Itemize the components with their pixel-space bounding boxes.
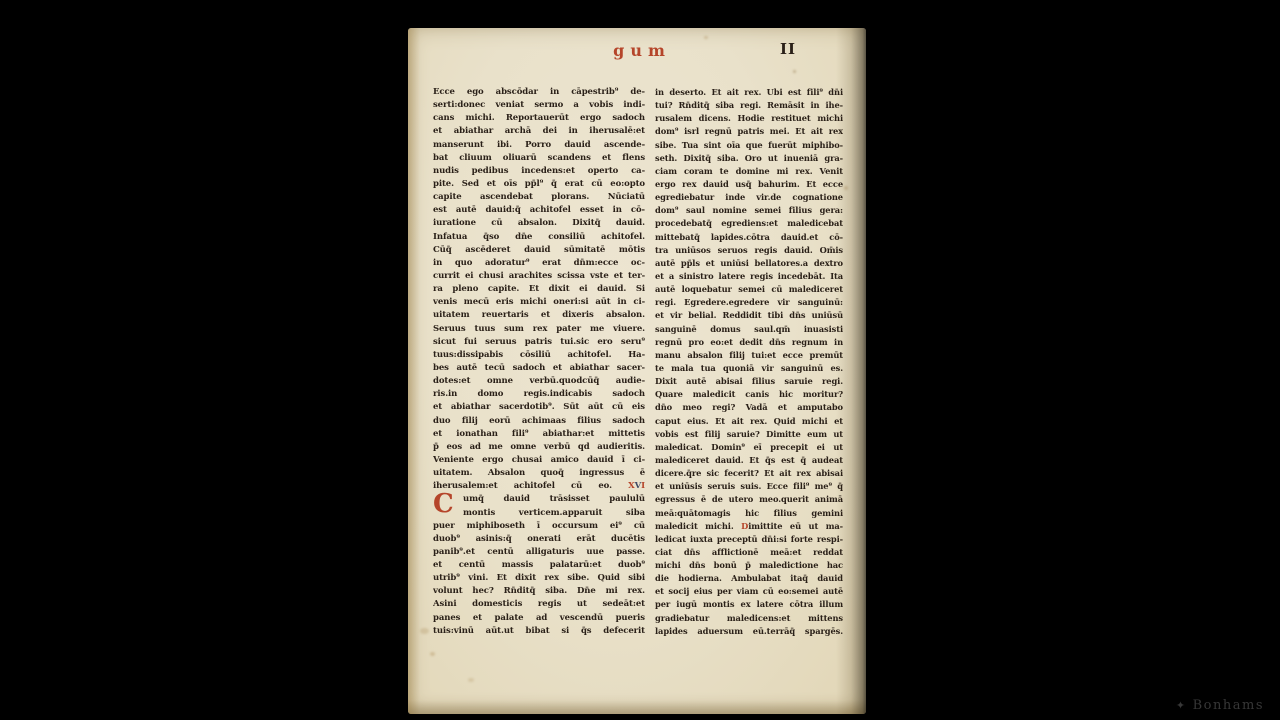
text-line: bes autē tecū sadoch et abiathar sacer- — [433, 362, 645, 375]
text-line: rusalem dicens. Hodie restituet michi — [655, 112, 843, 125]
text-line: et socij eius per viam cū eo:semei autē — [655, 585, 843, 598]
text-line: dicere.q̄re sic fecerit? Et ait rex abis… — [655, 467, 843, 480]
photo-background: gum II Ecce ego abscōdar in cāpestrib⁹ d… — [0, 0, 1280, 720]
text-line: Dixit autē abisai filius saruie regi. — [655, 375, 843, 388]
auction-house-logo-icon: ✦ — [1176, 700, 1187, 711]
text-line: capite ascendebat plorans. Nūciatū — [433, 191, 645, 204]
text-line: vobis est filij saruie? Dimitte eum ut — [655, 428, 843, 441]
text-line: autē pp̄ls et uniūsi bellatores.a dextro — [655, 257, 843, 270]
chapter-initial-letter: C — [433, 492, 461, 519]
text-line: iherusalem:et achitofel cū eo. XVI — [433, 480, 645, 493]
watermark-text: Bonhams — [1193, 698, 1264, 713]
text-line: uitatem. Absalon quoq̄ ingressus ē — [433, 467, 645, 480]
text-line: serti:donec veniat sermo a vobis indi- — [433, 99, 645, 112]
text-line: sicut fui seruus patris tui.sic ero seru… — [433, 336, 645, 349]
text-line: egressus ē de utero meo.querit animā — [655, 493, 843, 506]
text-line: regnū pro eo:et dedit dn̄s regnum in — [655, 336, 843, 349]
text-line: manu absalon filij tui:et ecce premūt — [655, 349, 843, 362]
text-line: ergo rex dauid usq̄ bahurim. Et ecce — [655, 178, 843, 191]
text-line: et abiathar sacerdotib⁹. Sūt aūt cū eis — [433, 401, 645, 414]
text-line: egrediebatur inde vir.de cognatione — [655, 191, 843, 204]
text-line: est autē dauid:q̄ achitofel esset in cō- — [433, 204, 645, 217]
text-line: ledicat iuxta preceptū dn̄i:si forte res… — [655, 533, 843, 546]
text-line: die hodierna. Ambulabat itaq̄ dauid — [655, 572, 843, 585]
text-line: te mala tua quoniā vir sanguinū es. — [655, 362, 843, 375]
text-line: ciam coram te domine mi rex. Venit — [655, 165, 843, 178]
text-line: puer miphiboseth ī occursum ei⁹ cū — [433, 520, 645, 533]
text-line: dn̄o meo regi? Vadā et amputabo — [655, 401, 843, 414]
text-column-left: Ecce ego abscōdar in cāpestrib⁹ de-serti… — [433, 86, 645, 640]
foxing-spot — [430, 652, 435, 656]
text-line: maledicat. Domin⁹ eī precepit ei ut — [655, 441, 843, 454]
text-line: volunt hec? Rn̄ditq̄ siba. Dn̄e mi rex. — [433, 585, 645, 598]
text-line: Veniente ergo chusai amico dauid ī ci- — [433, 454, 645, 467]
text-line: p̄ eos ad me omne verbū qd audieritis. — [433, 441, 645, 454]
text-line: in deserto. Et ait rex. Ubi est fili⁹ dn… — [655, 86, 843, 99]
text-line: in quo adoratur⁹ erat dn̄m:ecce oc- — [433, 257, 645, 270]
text-line: per iugū montis ex latere cōtra illum — [655, 598, 843, 611]
text-line: uitatem reuertaris et dixeris absalon. — [433, 309, 645, 322]
text-line: autē loquebatur semei cū malediceret — [655, 283, 843, 296]
text-line: venis mecū eris michi oneri:si aūt in ci… — [433, 296, 645, 309]
text-line: Ecce ego abscōdar in cāpestrib⁹ de- — [433, 86, 645, 99]
text-line: et centū massis palatarū:et duob⁹ — [433, 559, 645, 572]
text-line: seth. Dixitq̄ siba. Oro ut inueniā gra- — [655, 152, 843, 165]
text-line: regi. Egredere.egredere vir sanguinū: — [655, 296, 843, 309]
running-title: gum — [606, 41, 678, 60]
page-edge-shading — [408, 700, 866, 714]
text-line: Quare maledicit canis hic moritur? — [655, 388, 843, 401]
text-line: lapides aduersum eū.terrāq̄ spargēs. — [655, 625, 843, 638]
text-line: dom⁹ saul nomine semei filius gera: — [655, 204, 843, 217]
text-line: et vir belial. Reddidit tibi dn̄s uniūsū — [655, 309, 843, 322]
page-edge-shading — [836, 28, 866, 714]
text-line: Asini domesticis regis ut sedeāt:et — [433, 598, 645, 611]
text-line: ciat dn̄s afflictionē meā:et reddat — [655, 546, 843, 559]
text-line: panib⁹.et centū alligaturis uue passe. — [433, 546, 645, 559]
text-line: umq̄ dauid trāsisset paululū — [433, 493, 645, 506]
text-line: Cūq̄ ascēderet dauid sūmitatē mōtis — [433, 244, 645, 257]
text-line: dom⁹ isrl regnū patris mei. Et ait rex — [655, 125, 843, 138]
text-line: pite. Sed et oīs pp̄l⁹ q̄ erat cū eo:opt… — [433, 178, 645, 191]
text-line: malediceret dauid. Et q̄s est q̄ audeat — [655, 454, 843, 467]
watermark: ✦ Bonhams — [1176, 698, 1264, 713]
text-line: manserunt ibi. Porro dauid ascende- — [433, 139, 645, 152]
text-line: Seruus tuus sum rex pater me viuere. — [433, 323, 645, 336]
text-line: bat cliuum oliuarū scandens et flens — [433, 152, 645, 165]
page-edge-shading — [408, 28, 420, 714]
text-line: dotes:et omne verbū.quodcūq̄ audie- — [433, 375, 645, 388]
text-line: tuus:dissipabis cōsiliū achitofel. Ha- — [433, 349, 645, 362]
text-line: maledicit michi. Dimittite eū ut ma- — [655, 520, 843, 533]
text-line: montis verticem.apparuit siba — [433, 507, 645, 520]
text-line: et a sinistro latere regis incedebāt. It… — [655, 270, 843, 283]
text-line: cans michi. Reportauerūt ergo sadoch — [433, 112, 645, 125]
text-line: utrib⁹ vini. Et dixit rex sibe. Quid sib… — [433, 572, 645, 585]
text-line: et abiathar archā dei in iherusalē:et — [433, 125, 645, 138]
text-line: meā:quātomagis hic filius gemini — [655, 507, 843, 520]
text-line: tui? Rn̄ditq̄ siba regi. Remāsit in ihe- — [655, 99, 843, 112]
text-column-right: in deserto. Et ait rex. Ubi est fili⁹ dn… — [655, 86, 843, 640]
text-line: tuis:vinū aūt.ut bibat si q̄s defecerit — [433, 625, 645, 638]
text-line: currit ei chusi arachites scissa vste et… — [433, 270, 645, 283]
manuscript-page: gum II Ecce ego abscōdar in cāpestrib⁹ d… — [408, 28, 866, 714]
text-line: gradiebatur maledicens:et mittens — [655, 612, 843, 625]
foxing-spot — [468, 678, 474, 682]
foxing-spot — [793, 70, 796, 73]
text-line: ra pleno capite. Et dixit ei dauid. Si — [433, 283, 645, 296]
text-line: tra uniūsos seruos regis dauid. Om̄is — [655, 244, 843, 257]
folio-book-numeral: II — [780, 40, 796, 58]
text-line: nudis pedibus incedens:et operto ca- — [433, 165, 645, 178]
text-line: mittebatq̄ lapides.cōtra dauid.et cō- — [655, 231, 843, 244]
foxing-spot — [704, 36, 708, 39]
text-line: caput eius. Et ait rex. Quid michi et — [655, 415, 843, 428]
foxing-spot — [420, 628, 429, 634]
text-line: panes et palate ad vescendū pueris — [433, 612, 645, 625]
text-line: procedebatq̄ egrediens:et maledicebat — [655, 217, 843, 230]
text-line: duo filij eorū achimaas filius sadoch — [433, 415, 645, 428]
text-line: ris.in domo regis.indicabis sadoch — [433, 388, 645, 401]
text-line: et ionathan fili⁹ abiathar:et mittetis — [433, 428, 645, 441]
text-line: duob⁹ asinis:q̄ onerati erāt ducētis — [433, 533, 645, 546]
text-line: iuratione cū absalon. Dixitq̄ dauid. — [433, 217, 645, 230]
text-line: sibe. Tua sint oīa que fuerūt miphibo- — [655, 139, 843, 152]
text-line: Infatua q̄so dn̄e consiliū achitofel. — [433, 231, 645, 244]
text-line: michi dn̄s bonū p̄ maledictione hac — [655, 559, 843, 572]
text-line: et uniūsis seruis suis. Ecce fili⁹ me⁹ q… — [655, 480, 843, 493]
text-line: sanguinē domus saul.qm̄ inuasisti — [655, 323, 843, 336]
